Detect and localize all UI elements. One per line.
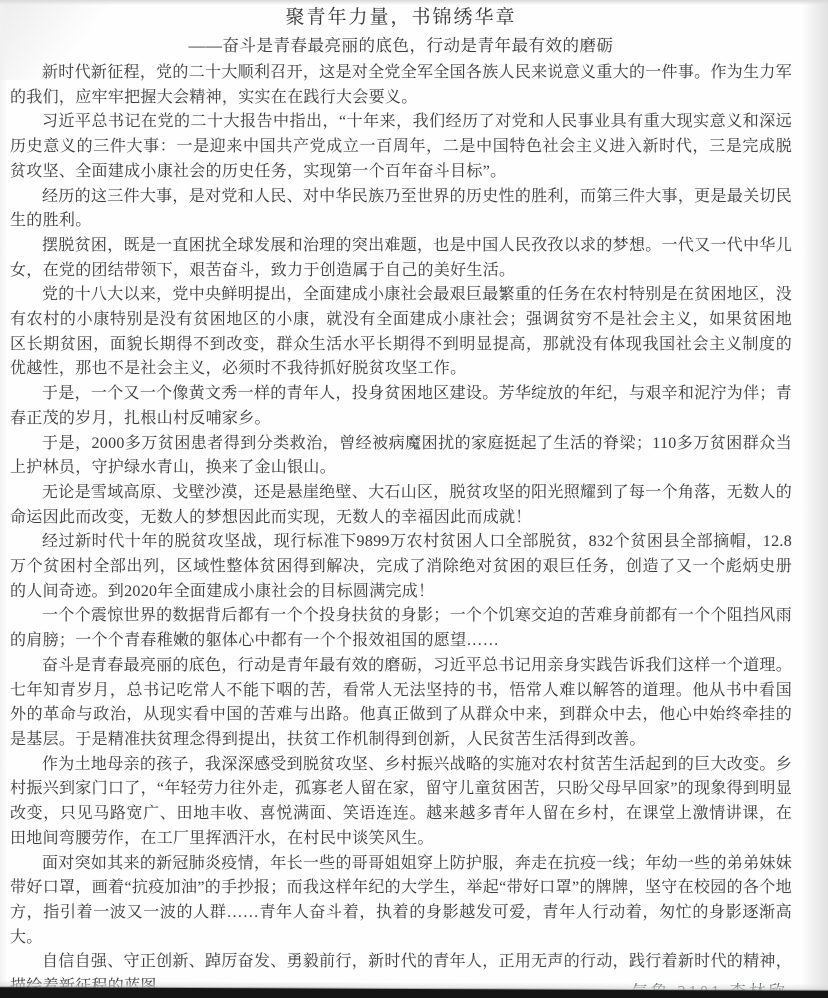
essay-paragraph: 作为土地母亲的孩子，我深深感受到脱贫攻坚、乡村振兴战略的实施对农村贫苦生活起到的… (10, 753, 792, 852)
photo-edge-top-left (0, 0, 190, 80)
essay-paragraph: 党的十八大以来，党中央鲜明提出，全面建成小康社会最艰巨最繁重的任务在农村特别是在… (10, 283, 792, 382)
essay-paragraph: 奋斗是青春最亮丽的底色，行动是青年最有效的磨砺，习近平总书记用亲身实践告诉我们这… (10, 654, 792, 753)
essay-body: 新时代新征程，党的二十大顺利召开，这是对全党全军全国各族人民来说意义重大的一件事… (10, 61, 792, 998)
photo-edge-right (802, 0, 828, 998)
essay-paragraph: 无论是雪域高原、戈壁沙漠，还是悬崖绝壁、大石山区，脱贫攻坚的阳光照耀到了每一个角… (10, 481, 792, 530)
essay-paragraph: 于是，2000多万贫困患者得到分类救治，曾经被病魔困扰的家庭挺起了生活的脊梁；1… (10, 432, 792, 481)
essay-paragraph: 经历的这三件大事，是对党和人民、对中华民族乃至世界的历史性的胜利，而第三件大事，… (10, 185, 792, 234)
essay-paragraph: 经过新时代十年的脱贫攻坚战，现行标准下9899万农村贫困人口全部脱贫，832个贫… (10, 530, 792, 604)
essay-paragraph: 面对突如其来的新冠肺炎疫情，年长一些的哥哥姐姐穿上防护服，奔走在抗疫一线；年幼一… (10, 852, 792, 951)
essay-paragraph: 习近平总书记在党的二十大报告中指出，“十年来，我们经历了对党和人民事业具有重大现… (10, 110, 792, 184)
essay-paragraph: 一个个震惊世界的数据背后都有一个个投身扶贫的身影；一个个饥寒交迫的苦难身前都有一… (10, 604, 792, 653)
essay-paragraph: 于是，一个又一个像黄文秀一样的青年人，投身贫困地区建设。芳华绽放的年纪，与艰辛和… (10, 382, 792, 431)
scanned-document-photo: 聚青年力量，书锦绣华章 ——奋斗是青春最亮丽的底色，行动是青年最有效的磨砺 新时… (0, 0, 828, 998)
photo-edge-left (0, 0, 7, 998)
essay-page: 聚青年力量，书锦绣华章 ——奋斗是青春最亮丽的底色，行动是青年最有效的磨砺 新时… (10, 5, 792, 998)
essay-paragraph: 摆脱贫困，既是一直困扰全球发展和治理的突出难题，也是中国人民孜孜以求的梦想。一代… (10, 234, 792, 283)
photo-edge-top (0, 0, 828, 5)
